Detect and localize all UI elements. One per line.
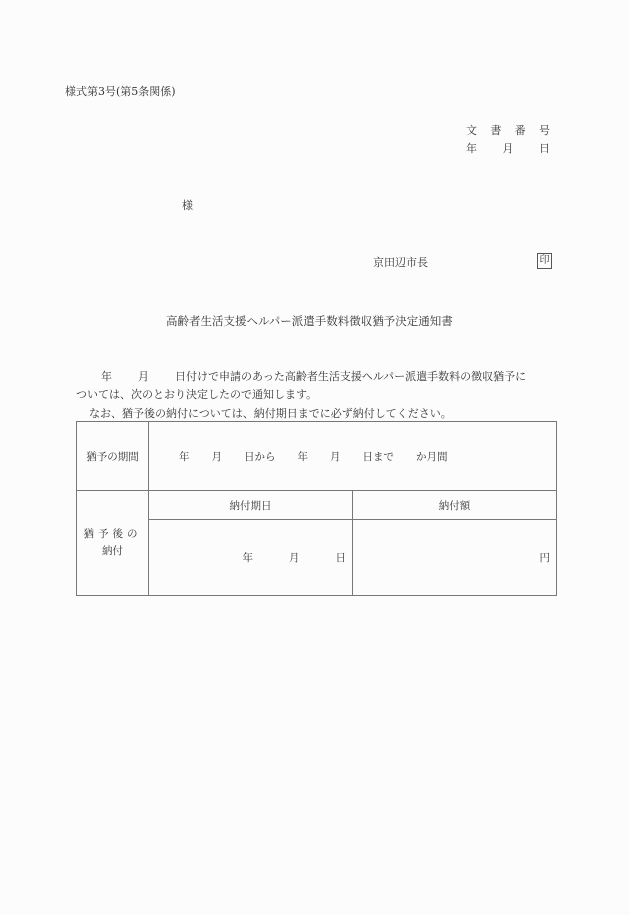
date-year: 年	[466, 140, 477, 156]
document-date-label: 年 月 日	[466, 140, 550, 156]
deferred-label-line1: 猶予後の	[77, 526, 148, 543]
period-to-day: 日まで	[363, 449, 395, 464]
period-to-year: 年	[298, 449, 309, 464]
body-paragraph-line-3: なお、猶予後の納付については、納付期日までに必ず納付してください。	[89, 405, 452, 421]
deferred-payment-label: 猶予後の 納付	[77, 491, 149, 596]
amount-value: 円	[353, 520, 557, 596]
body-paragraph-line-2: ついては、次のとおり決定したので通知します。	[76, 386, 317, 402]
due-date-header: 納付期日	[149, 491, 353, 520]
body-paragraph-line-1: 年月日付けで申請のあった高齢者生活支援ヘルパー派遣手数料の徴収猶予に	[101, 368, 526, 384]
date-month: 月	[503, 140, 514, 156]
addressee-honorific: 様	[182, 197, 193, 213]
document-number-label: 文 書 番 号	[466, 122, 550, 138]
deferral-table: 猶予の期間 年月日から年月日までか月間 猶予後の 納付 納付期日 納付額 年月日…	[76, 421, 557, 596]
period-to-month: 月	[330, 449, 341, 464]
body-line1-text: 日付けで申請のあった高齢者生活支援ヘルパー派遣手数料の徴収猶予に	[175, 370, 526, 383]
body-year: 年	[101, 370, 112, 383]
table-row-period: 猶予の期間 年月日から年月日までか月間	[77, 422, 557, 491]
due-year: 年	[243, 552, 254, 564]
doc-number-char: 番	[515, 122, 526, 138]
table-row-payment-values: 年月日 円	[77, 520, 557, 596]
seal-icon: 印	[537, 253, 552, 269]
doc-number-char: 書	[490, 122, 501, 138]
due-day: 日	[336, 552, 347, 564]
period-label: 猶予の期間	[77, 422, 149, 491]
document-title: 高齢者生活支援ヘルパー派遣手数料徴収猶予決定通知書	[166, 313, 453, 329]
deferred-label-line2: 納付	[77, 543, 148, 560]
due-date-value: 年月日	[149, 520, 353, 596]
period-months: か月間	[416, 449, 448, 464]
issuer-name: 京田辺市長	[373, 254, 428, 270]
period-from-day: 日から	[244, 449, 276, 464]
amount-header: 納付額	[353, 491, 557, 520]
date-day: 日	[539, 140, 550, 156]
period-value: 年月日から年月日までか月間	[149, 422, 557, 491]
doc-number-char: 号	[539, 122, 550, 138]
form-number: 様式第3号(第5条関係)	[65, 83, 176, 99]
period-from-month: 月	[212, 449, 223, 464]
due-month: 月	[289, 552, 300, 564]
table-row-payment-header: 猶予後の 納付 納付期日 納付額	[77, 491, 557, 520]
period-from-year: 年	[179, 449, 190, 464]
body-month: 月	[138, 370, 149, 383]
doc-number-char: 文	[466, 122, 477, 138]
